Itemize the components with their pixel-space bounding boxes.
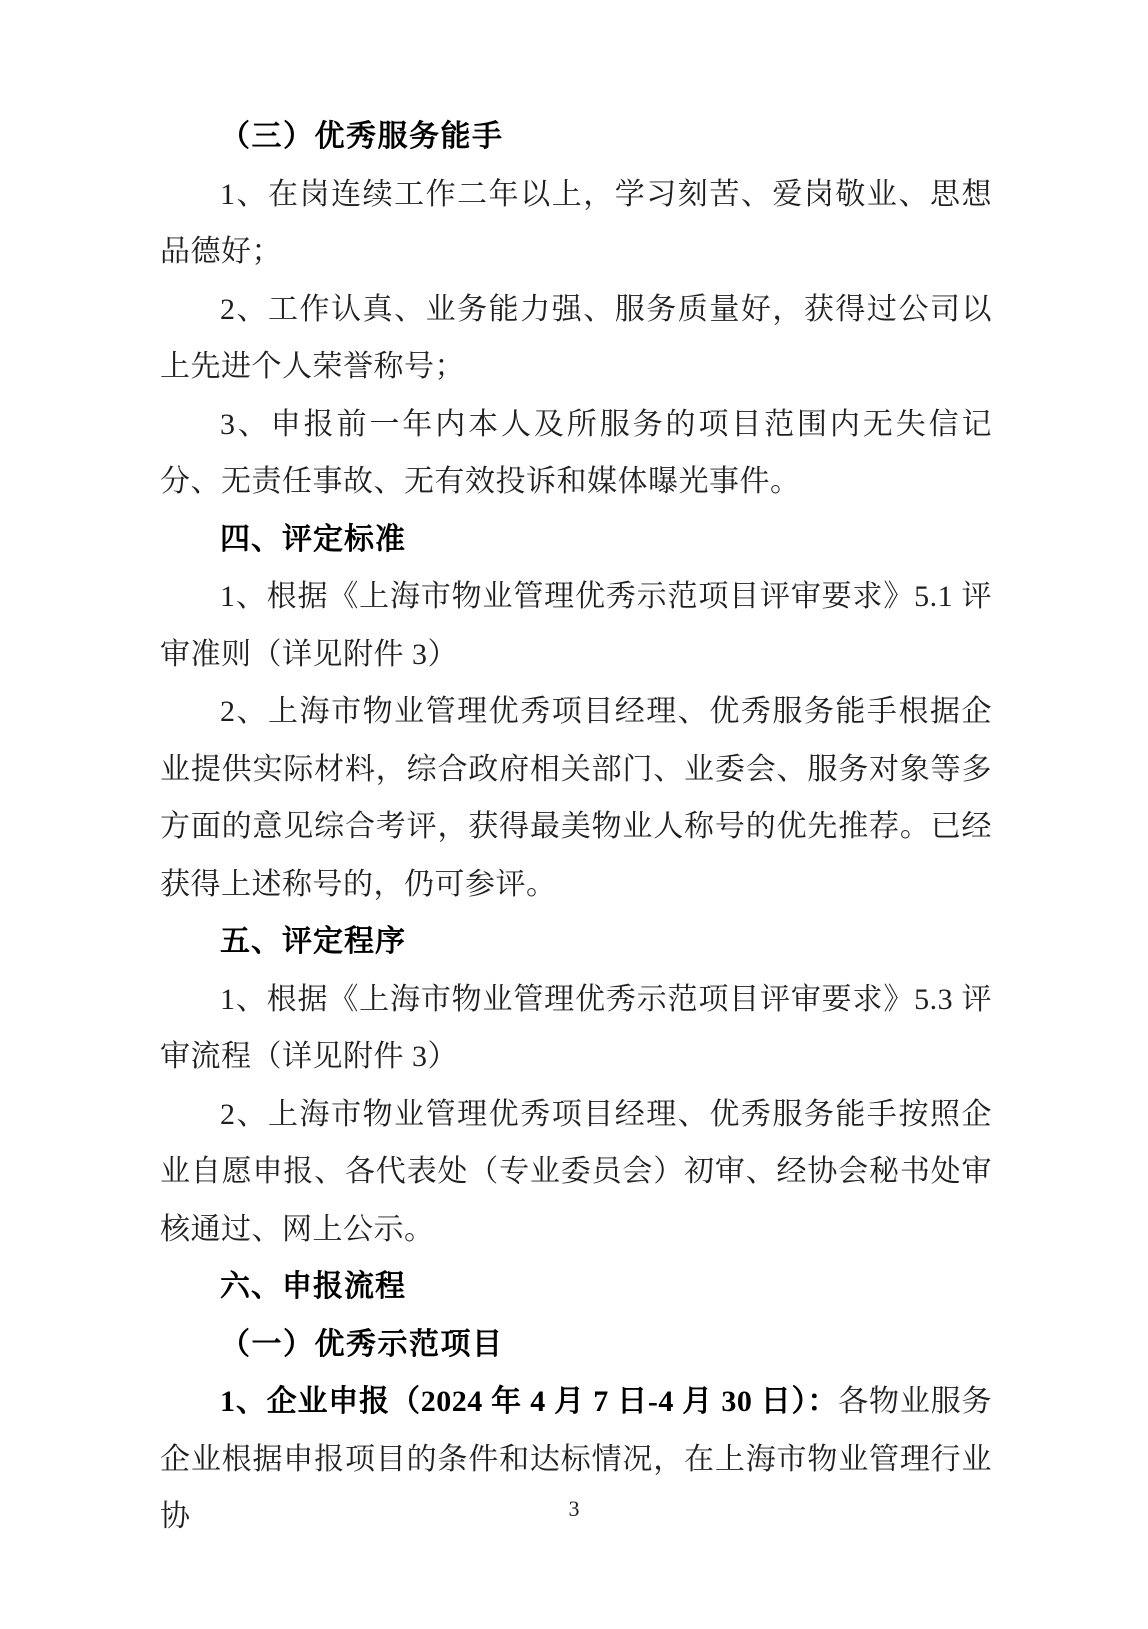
heading-application-process: 六、申报流程 bbox=[160, 1258, 992, 1316]
paragraph-service-worker-criterion-2: 2、工作认真、业务能力强、服务质量好，获得过公司以上先进个人荣誉称号； bbox=[160, 281, 992, 396]
paragraph-evaluation-procedure-1: 1、根据《上海市物业管理优秀示范项目评审要求》5.3 评审流程（详见附件 3） bbox=[160, 971, 992, 1086]
paragraph-service-worker-criterion-1: 1、在岗连续工作二年以上，学习刻苦、爱岗敬业、思想品德好； bbox=[160, 166, 992, 281]
paragraph-evaluation-standard-2: 2、上海市物业管理优秀项目经理、优秀服务能手根据企业提供实际材料，综合政府相关部… bbox=[160, 683, 992, 913]
paragraph-service-worker-criterion-3: 3、申报前一年内本人及所服务的项目范围内无失信记分、无责任事故、无有效投诉和媒体… bbox=[160, 396, 992, 511]
paragraph-evaluation-standard-1: 1、根据《上海市物业管理优秀示范项目评审要求》5.1 评审准则（详见附件 3） bbox=[160, 568, 992, 683]
paragraph-enterprise-application-lead: 1、企业申报（2024 年 4 月 7 日-4 月 30 日）： bbox=[220, 1385, 838, 1418]
heading-evaluation-standard: 四、评定标准 bbox=[160, 511, 992, 569]
heading-evaluation-procedure: 五、评定程序 bbox=[160, 913, 992, 971]
document-page: （三）优秀服务能手 1、在岗连续工作二年以上，学习刻苦、爱岗敬业、思想品德好； … bbox=[0, 0, 1148, 1629]
document-body: （三）优秀服务能手 1、在岗连续工作二年以上，学习刻苦、爱岗敬业、思想品德好； … bbox=[160, 108, 992, 1546]
page-number: 3 bbox=[0, 1496, 1148, 1522]
heading-excellent-demonstration-project: （一）优秀示范项目 bbox=[160, 1316, 992, 1374]
heading-excellent-service-worker: （三）优秀服务能手 bbox=[160, 108, 992, 166]
paragraph-evaluation-procedure-2: 2、上海市物业管理优秀项目经理、优秀服务能手按照企业自愿申报、各代表处（专业委员… bbox=[160, 1086, 992, 1259]
